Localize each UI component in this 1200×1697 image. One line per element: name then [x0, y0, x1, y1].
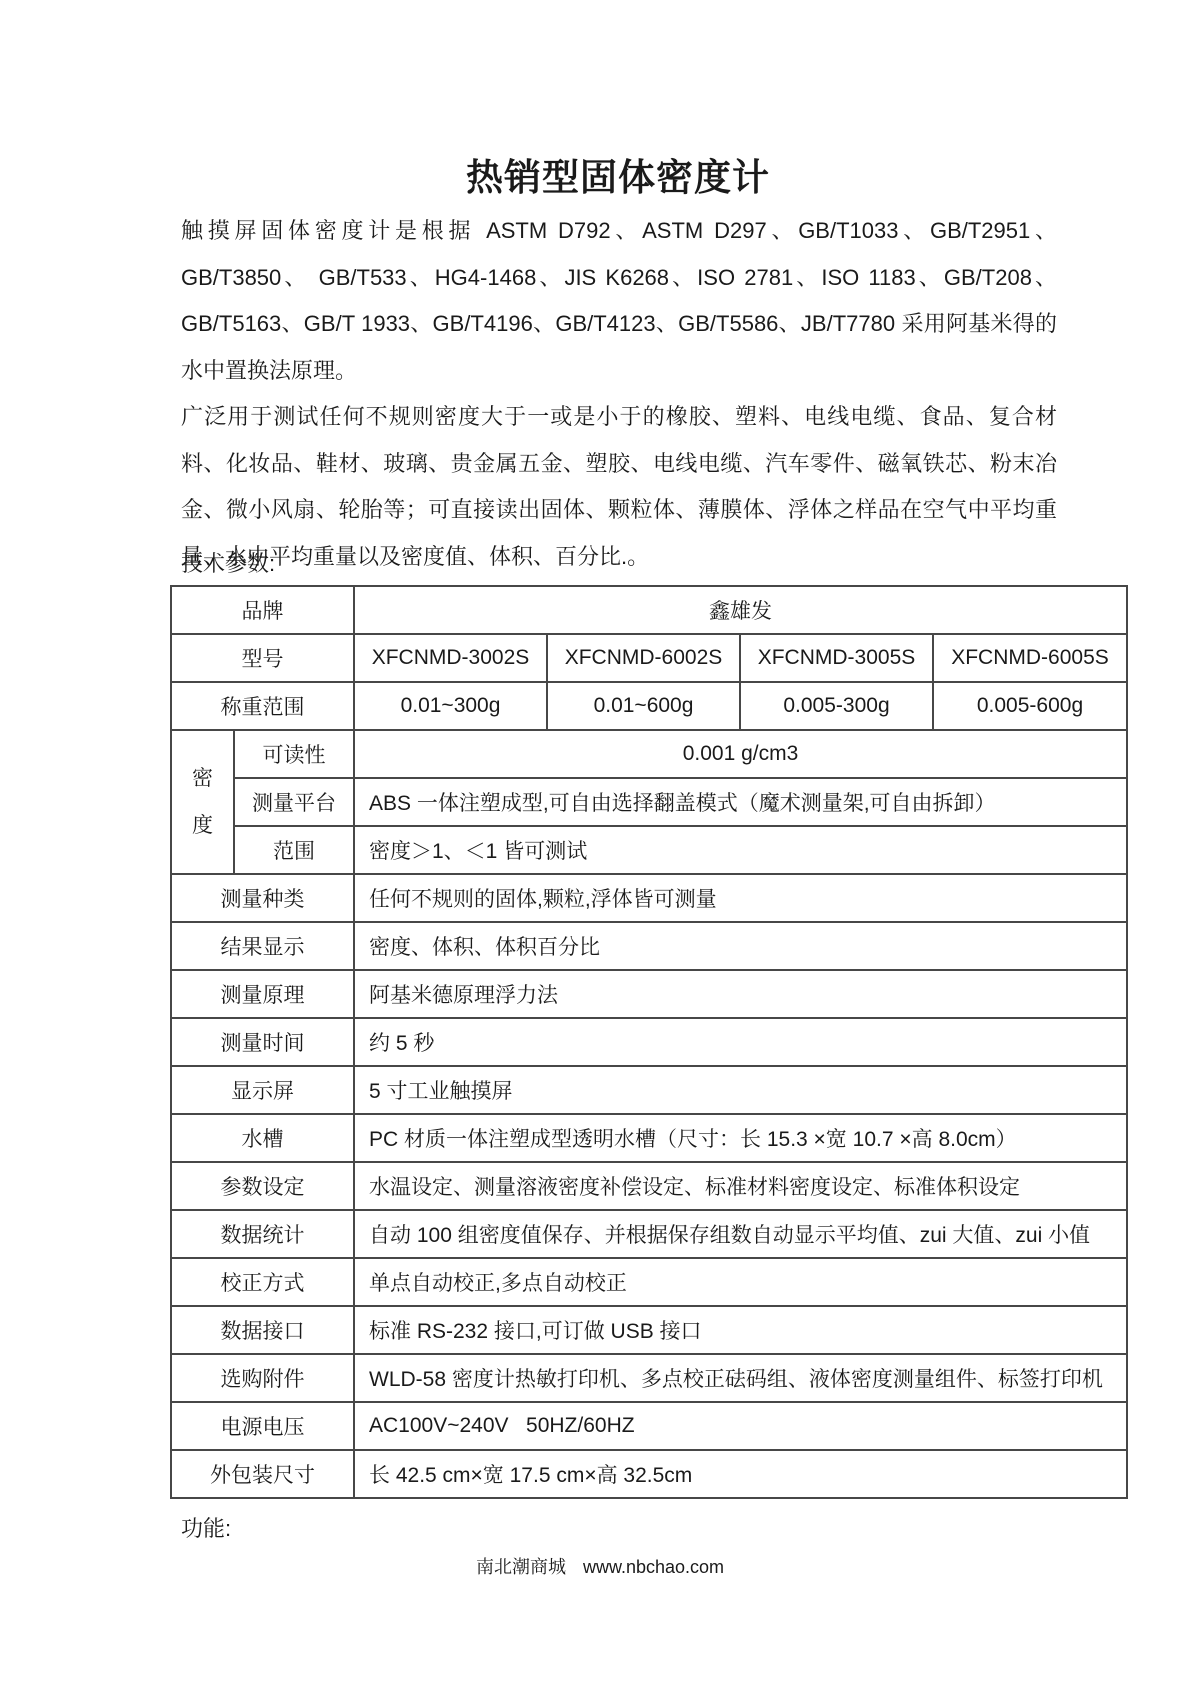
table-row: 水槽PC 材质一体注塑成型透明水槽（尺寸：长 15.3 ×宽 10.7 ×高 8… [171, 1114, 1127, 1162]
row-value: 水温设定、测量溶液密度补偿设定、标准材料密度设定、标准体积设定 [354, 1162, 1127, 1210]
table-row: 外包装尺寸长 42.5 cm×宽 17.5 cm×高 32.5cm [171, 1450, 1127, 1498]
model-cell: XFCNMD-3002S [354, 634, 547, 682]
table-row-density-readability: 密度 可读性 0.001 g/cm3 [171, 730, 1127, 778]
density-group-label-text: 密度 [191, 755, 215, 849]
range-cell: 0.005-600g [933, 682, 1127, 730]
row-value: 约 5 秒 [354, 1018, 1127, 1066]
row-label: 测量原理 [171, 970, 354, 1018]
row-label: 数据统计 [171, 1210, 354, 1258]
range-cell: 0.01~300g [354, 682, 547, 730]
row-label: 显示屏 [171, 1066, 354, 1114]
footer-site-name: 南北潮商城 [476, 1557, 566, 1577]
table-row-density-platform: 测量平台 ABS 一体注塑成型,可自由选择翻盖模式（魔术测量架,可自由拆卸） [171, 778, 1127, 826]
table-row: 测量种类任何不规则的固体,颗粒,浮体皆可测量 [171, 874, 1127, 922]
row-label: 结果显示 [171, 922, 354, 970]
row-label: 电源电压 [171, 1402, 354, 1450]
row-value: 自动 100 组密度值保存、并根据保存组数自动显示平均值、zui 大值、zui … [354, 1210, 1127, 1258]
row-label: 选购附件 [171, 1354, 354, 1402]
page-title: 热销型固体密度计 [180, 147, 1056, 201]
specs-table: 品牌 鑫雄发 型号 XFCNMD-3002S XFCNMD-6002S XFCN… [170, 585, 1128, 1499]
row-value: WLD-58 密度计热敏打印机、多点校正砝码组、液体密度测量组件、标签打印机 [354, 1354, 1127, 1402]
table-row: 校正方式单点自动校正,多点自动校正 [171, 1258, 1127, 1306]
row-value: PC 材质一体注塑成型透明水槽（尺寸：长 15.3 ×宽 10.7 ×高 8.0… [354, 1114, 1127, 1162]
table-row: 电源电压AC100V~240V 50HZ/60HZ [171, 1402, 1127, 1450]
row-label: 品牌 [171, 586, 354, 634]
row-label: 校正方式 [171, 1258, 354, 1306]
row-value: 密度＞1、＜1 皆可测试 [354, 826, 1127, 874]
density-group-label: 密度 [171, 730, 234, 874]
table-row: 测量原理阿基米德原理浮力法 [171, 970, 1127, 1018]
footer-site-url: www.nbchao.com [583, 1557, 724, 1577]
table-row-brand: 品牌 鑫雄发 [171, 586, 1127, 634]
row-label: 称重范围 [171, 682, 354, 730]
model-cell: XFCNMD-6002S [547, 634, 740, 682]
row-value: 5 寸工业触摸屏 [354, 1066, 1127, 1114]
row-label: 型号 [171, 634, 354, 682]
page-footer: 南北潮商城 www.nbchao.com [0, 1553, 1200, 1579]
row-label: 测量种类 [171, 874, 354, 922]
row-label: 可读性 [234, 730, 354, 778]
row-label: 范围 [234, 826, 354, 874]
row-label: 外包装尺寸 [171, 1450, 354, 1498]
row-value: 密度、体积、体积百分比 [354, 922, 1127, 970]
table-row: 选购附件WLD-58 密度计热敏打印机、多点校正砝码组、液体密度测量组件、标签打… [171, 1354, 1127, 1402]
row-value: 单点自动校正,多点自动校正 [354, 1258, 1127, 1306]
row-value: 标准 RS-232 接口,可订做 USB 接口 [354, 1306, 1127, 1354]
functions-caption: 功能: [181, 1512, 231, 1543]
model-cell: XFCNMD-6005S [933, 634, 1127, 682]
table-row: 参数设定水温设定、测量溶液密度补偿设定、标准材料密度设定、标准体积设定 [171, 1162, 1127, 1210]
row-label: 测量时间 [171, 1018, 354, 1066]
table-row: 结果显示密度、体积、体积百分比 [171, 922, 1127, 970]
intro-text: 触摸屏固体密度计是根据 ASTM D792、ASTM D297、GB/T1033… [181, 208, 1057, 580]
row-label: 参数设定 [171, 1162, 354, 1210]
intro-paragraph-1: 触摸屏固体密度计是根据 ASTM D792、ASTM D297、GB/T1033… [181, 208, 1057, 394]
intro-paragraph-2: 广泛用于测试任何不规则密度大于一或是小于的橡胶、塑料、电线电缆、食品、复合材料、… [181, 394, 1057, 580]
range-cell: 0.005-300g [740, 682, 933, 730]
table-row: 显示屏5 寸工业触摸屏 [171, 1066, 1127, 1114]
table-row-model: 型号 XFCNMD-3002S XFCNMD-6002S XFCNMD-3005… [171, 634, 1127, 682]
table-row: 数据统计自动 100 组密度值保存、并根据保存组数自动显示平均值、zui 大值、… [171, 1210, 1127, 1258]
specs-caption: 技术参数: [181, 547, 275, 578]
row-label: 数据接口 [171, 1306, 354, 1354]
row-label: 水槽 [171, 1114, 354, 1162]
row-value: ABS 一体注塑成型,可自由选择翻盖模式（魔术测量架,可自由拆卸） [354, 778, 1127, 826]
range-cell: 0.01~600g [547, 682, 740, 730]
row-value: AC100V~240V 50HZ/60HZ [354, 1402, 1127, 1450]
row-label: 测量平台 [234, 778, 354, 826]
table-row-density-range: 范围 密度＞1、＜1 皆可测试 [171, 826, 1127, 874]
row-value: 长 42.5 cm×宽 17.5 cm×高 32.5cm [354, 1450, 1127, 1498]
row-value: 鑫雄发 [354, 586, 1127, 634]
table-row-weighing-range: 称重范围 0.01~300g 0.01~600g 0.005-300g 0.00… [171, 682, 1127, 730]
table-row: 测量时间约 5 秒 [171, 1018, 1127, 1066]
row-value: 阿基米德原理浮力法 [354, 970, 1127, 1018]
row-value: 任何不规则的固体,颗粒,浮体皆可测量 [354, 874, 1127, 922]
model-cell: XFCNMD-3005S [740, 634, 933, 682]
table-row: 数据接口标准 RS-232 接口,可订做 USB 接口 [171, 1306, 1127, 1354]
row-value: 0.001 g/cm3 [354, 730, 1127, 778]
